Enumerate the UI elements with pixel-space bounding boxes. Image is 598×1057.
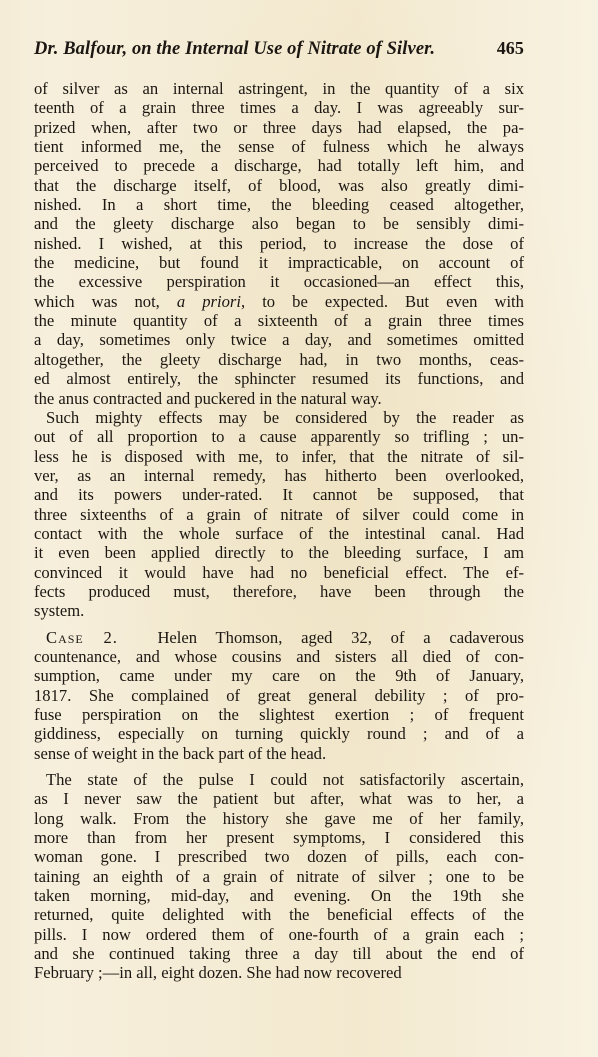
text-line: fects produced must, therefore, have bee… (34, 582, 524, 601)
text-line: the anus contracted and puckered in the … (34, 389, 524, 408)
text-line: a day, sometimes only twice a day, and s… (34, 330, 524, 349)
text-line: sumption, came under my care on the 9th … (34, 666, 524, 685)
text-line: of silver as an internal astringent, in … (34, 79, 524, 98)
text-line: taining an eighth of a grain of nitrate … (34, 867, 524, 886)
text-line: ed almost entirely, the sphincter resume… (34, 369, 524, 388)
text-line: that the discharge itself, of blood, was… (34, 176, 524, 195)
body-text: of silver as an internal astringent, in … (34, 79, 524, 983)
page-number: 465 (497, 38, 524, 59)
text-line: long walk. From the history she gave me … (34, 809, 524, 828)
text-line: three sixteenths of a grain of nitrate o… (34, 505, 524, 524)
text-line: system. (34, 601, 524, 620)
text-line: it even been applied directly to the ble… (34, 543, 524, 562)
text-line: and its powers under-rated. It cannot be… (34, 485, 524, 504)
text-line: woman gone. I prescribed two dozen of pi… (34, 847, 524, 866)
text-line: 1817. She complained of great general de… (34, 686, 524, 705)
text-line: taken morning, mid-day, and evening. On … (34, 886, 524, 905)
text-line: and the gleety discharge also began to b… (34, 214, 524, 233)
text-line: Such mighty effects may be considered by… (34, 408, 524, 427)
paragraph: The state of the pulse I could not satis… (34, 770, 524, 983)
paragraph: Such mighty effects may be considered by… (34, 408, 524, 621)
text-line: convinced it would have had no beneficia… (34, 563, 524, 582)
paragraph: of silver as an internal astringent, in … (34, 79, 524, 408)
case-label: Case 2. (46, 628, 157, 647)
text-line: the medicine, but found it impracticable… (34, 253, 524, 272)
text-line: February ;—in all, eight dozen. She had … (34, 963, 524, 982)
italic-phrase: a priori (177, 292, 241, 311)
running-head-title: Dr. Balfour, on the Internal Use of Nitr… (34, 39, 435, 60)
paragraph: Case 2. Helen Thomson, aged 32, of a cad… (34, 628, 524, 763)
text-line: The state of the pulse I could not satis… (34, 770, 524, 789)
text-line: Case 2. Helen Thomson, aged 32, of a cad… (34, 628, 524, 647)
text-line: the minute quantity of a sixteenth of a … (34, 311, 524, 330)
text-line: perceived to precede a discharge, had to… (34, 156, 524, 175)
running-head: Dr. Balfour, on the Internal Use of Nitr… (34, 38, 524, 68)
text-line: contact with the whole surface of the in… (34, 524, 524, 543)
text-line: and she continued taking three a day til… (34, 944, 524, 963)
text-line: the excessive perspiration it occasioned… (34, 272, 524, 291)
text-line: sense of weight in the back part of the … (34, 744, 524, 763)
paragraph-gap (34, 621, 524, 628)
text-line: giddiness, especially on turning quickly… (34, 724, 524, 743)
text-line: pills. I now ordered them of one-fourth … (34, 925, 524, 944)
text-line: more than from her present symptoms, I c… (34, 828, 524, 847)
text-line: which was not, a priori, to be expected.… (34, 292, 524, 311)
text-line: returned, quite delighted with the benef… (34, 905, 524, 924)
text-line: nished. I wished, at this period, to inc… (34, 234, 524, 253)
text-line: nished. In a short time, the bleeding ce… (34, 195, 524, 214)
text-line: less he is disposed with me, to infer, t… (34, 447, 524, 466)
text-line: countenance, and whose cousins and siste… (34, 647, 524, 666)
text-line: fuse perspiration on the slightest exert… (34, 705, 524, 724)
text-line: tient informed me, the sense of fulness … (34, 137, 524, 156)
text-line: altogether, the gleety discharge had, in… (34, 350, 524, 369)
book-page: Dr. Balfour, on the Internal Use of Nitr… (34, 38, 524, 983)
text-line: ver, as an internal remedy, has hitherto… (34, 466, 524, 485)
text-line: out of all proportion to a cause apparen… (34, 427, 524, 446)
text-line: teenth of a grain three times a day. I w… (34, 98, 524, 117)
text-line: as I never saw the patient but after, wh… (34, 789, 524, 808)
paragraph-gap (34, 763, 524, 770)
text-line: prized when, after two or three days had… (34, 118, 524, 137)
